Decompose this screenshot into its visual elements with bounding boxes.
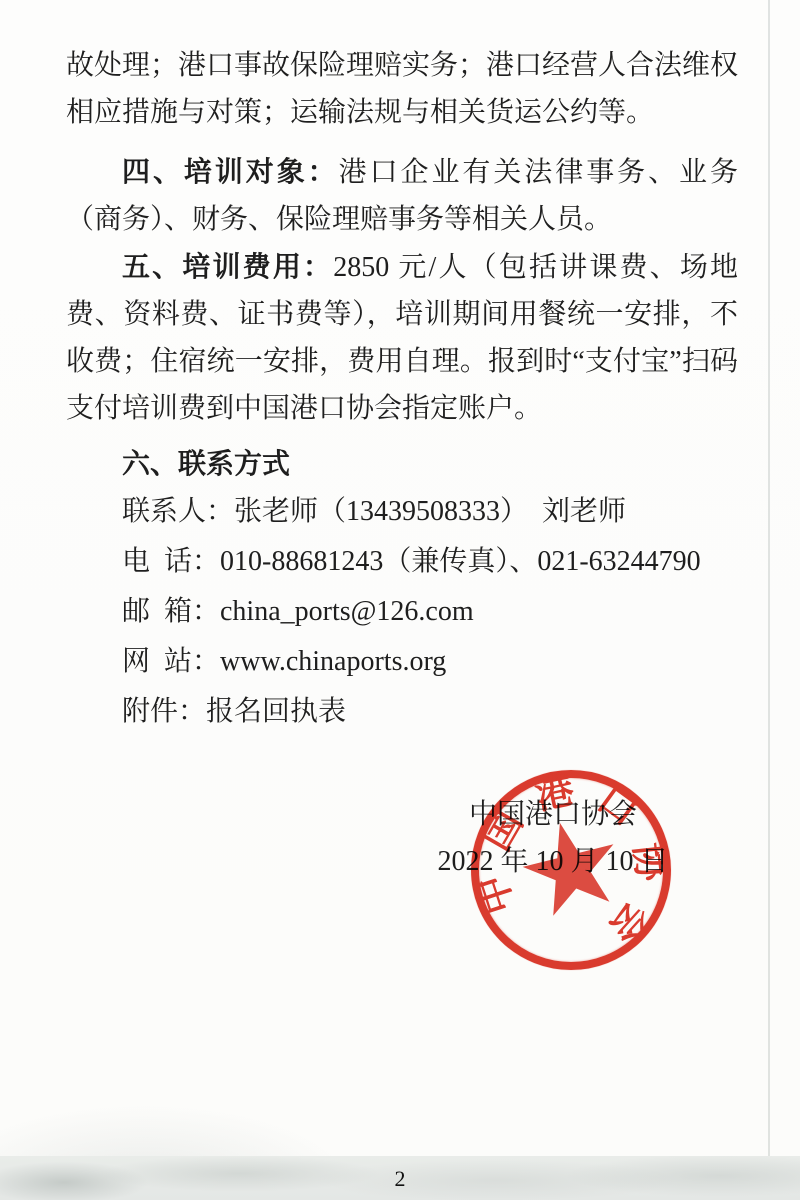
section5-label: 五、培训费用：: [122, 251, 333, 282]
paragraph-section4: 四、培训对象：港口企业有关法律事务、业务（商务）、财务、保险理赔事务等相关人员。: [66, 148, 738, 243]
paragraph-section5: 五、培训费用：2850 元/人（包括讲课费、场地费、资料费、证书费等），培训期间…: [66, 243, 738, 432]
page-number: 2: [0, 1164, 800, 1194]
contact-list: 联系人：张老师（13439508333） 刘老师 电 话：010-8868124…: [66, 487, 738, 737]
contact-person: 联系人：张老师（13439508333） 刘老师: [66, 487, 738, 537]
scan-artifact-streak: [768, 0, 770, 1200]
section4-label: 四、培训对象：: [122, 156, 339, 187]
scanned-document-page: 故处理；港口事故保险理赔实务；港口经营人合法维权相应措施与对策；运输法规与相关货…: [0, 0, 800, 1200]
contact-website: 网 站：www.chinaports.org: [66, 637, 738, 687]
seal-char: 协: [623, 837, 674, 888]
contact-attachment: 附件：报名回执表: [66, 687, 738, 737]
contact-phone: 电 话：010-88681243（兼传真）、021-63244790: [66, 537, 738, 587]
official-seal: 中国港口协会 ★: [471, 770, 671, 970]
section6-heading: 六、联系方式: [66, 440, 738, 487]
contact-email: 邮 箱：china_ports@126.com: [66, 587, 738, 637]
paragraph-continuation: 故处理；港口事故保险理赔实务；港口经营人合法维权相应措施与对策；运输法规与相关货…: [66, 42, 738, 136]
document-body: 故处理；港口事故保险理赔实务；港口经营人合法维权相应措施与对策；运输法规与相关货…: [66, 42, 738, 885]
